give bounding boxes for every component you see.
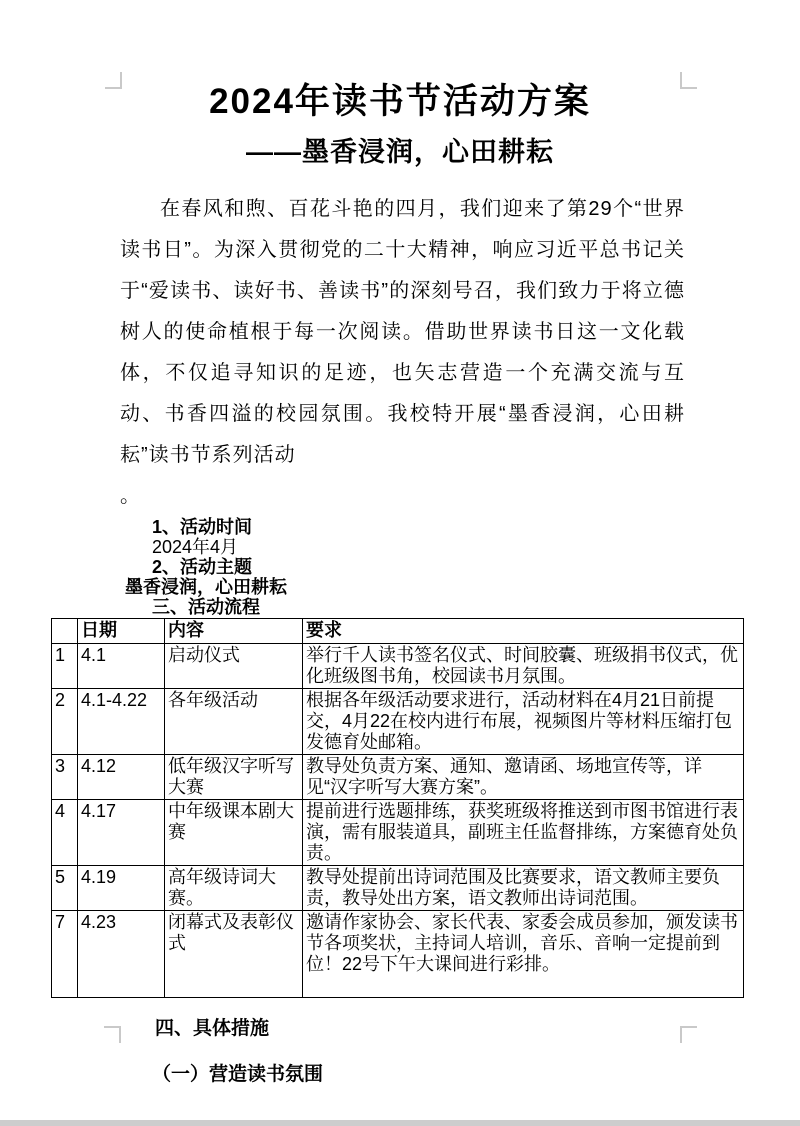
- cell-content: 低年级汉字听写大赛: [165, 754, 303, 799]
- table-row: 3 4.12 低年级汉字听写大赛 教导处负责方案、通知、邀请函、场地宣传等，详见…: [52, 754, 744, 799]
- cell-number: 1: [52, 643, 78, 688]
- cell-requirement: 教导处负责方案、通知、邀请函、场地宣传等，详见“汉字听写大赛方案”。: [303, 754, 744, 799]
- cell-number: 3: [52, 754, 78, 799]
- header-number: [52, 618, 78, 643]
- cell-number: 4: [52, 799, 78, 865]
- table-row: 5 4.19 高年级诗词大赛。 教导处提前出诗词范围及比赛要求，语文教师主要负责…: [52, 865, 744, 910]
- cell-date: 4.17: [78, 799, 165, 865]
- cell-content: 闭幕式及表彰仪式: [165, 910, 303, 997]
- heading-activity-time: 1、活动时间: [152, 517, 800, 537]
- activity-time-value: 2024年4月: [152, 537, 800, 557]
- heading-specific-measures: 四、具体措施: [155, 1018, 800, 1040]
- cell-content: 启动仪式: [165, 643, 303, 688]
- table-row: 2 4.1-4.22 各年级活动 根据各年级活动要求进行，活动材料在4月21日前…: [52, 688, 744, 754]
- heading-activity-flow: 三、活动流程: [152, 597, 800, 617]
- crop-mark-top-left-icon: [105, 72, 122, 89]
- page-bottom-edge: [0, 1120, 800, 1126]
- cell-date: 4.12: [78, 754, 165, 799]
- cell-number: 2: [52, 688, 78, 754]
- cell-requirement: 提前进行选题排练，获奖班级将推送到市图书馆进行表演，需有服装道具，副班主任监督排…: [303, 799, 744, 865]
- cell-content: 高年级诗词大赛。: [165, 865, 303, 910]
- heading-reading-atmosphere: （一）营造读书氛围: [152, 1064, 800, 1086]
- crop-mark-bottom-right-icon: [680, 1026, 697, 1043]
- cell-date: 4.1-4.22: [78, 688, 165, 754]
- cell-requirement: 邀请作家协会、家长代表、家委会成员参加，颁发读书节各项奖状，主持词人培训，音乐、…: [303, 910, 744, 997]
- intro-trailing-period: 。: [120, 476, 800, 517]
- cell-number: 7: [52, 910, 78, 997]
- page-title: 2024年读书节活动方案: [0, 0, 800, 124]
- intro-paragraph: 在春风和煦、百花斗艳的四月，我们迎来了第29个“世界读书日”。为深入贯彻党的二十…: [120, 189, 685, 476]
- cell-requirement: 根据各年级活动要求进行，活动材料在4月21日前提交，4月22在校内进行布展，视频…: [303, 688, 744, 754]
- table-row: 4 4.17 中年级课本剧大赛 提前进行选题排练，获奖班级将推送到市图书馆进行表…: [52, 799, 744, 865]
- activity-theme-value: 墨香浸润，心田耕耘: [125, 577, 800, 597]
- cell-content: 中年级课本剧大赛: [165, 799, 303, 865]
- cell-date: 4.1: [78, 643, 165, 688]
- page-subtitle: ——墨香浸润，心田耕耘: [0, 130, 800, 169]
- table-row: 1 4.1 启动仪式 举行千人读书签名仪式、时间胶囊、班级捐书仪式，优化班级图书…: [52, 643, 744, 688]
- activity-schedule-table: 日期 内容 要求 1 4.1 启动仪式 举行千人读书签名仪式、时间胶囊、班级捐书…: [51, 618, 744, 998]
- header-requirement: 要求: [303, 618, 744, 643]
- header-date: 日期: [78, 618, 165, 643]
- table-header-row: 日期 内容 要求: [52, 618, 744, 643]
- cell-requirement: 举行千人读书签名仪式、时间胶囊、班级捐书仪式，优化班级图书角，校园读书月氛围。: [303, 643, 744, 688]
- cell-content: 各年级活动: [165, 688, 303, 754]
- crop-mark-bottom-left-icon: [104, 1026, 121, 1043]
- header-content: 内容: [165, 618, 303, 643]
- section-headings: 1、活动时间 2024年4月 2、活动主题 墨香浸润，心田耕耘 三、活动流程: [0, 517, 800, 617]
- cell-date: 4.19: [78, 865, 165, 910]
- table-row: 7 4.23 闭幕式及表彰仪式 邀请作家协会、家长代表、家委会成员参加，颁发读书…: [52, 910, 744, 997]
- document-page: 2024年读书节活动方案 ——墨香浸润，心田耕耘 在春风和煦、百花斗艳的四月，我…: [0, 0, 800, 1126]
- cell-requirement: 教导处提前出诗词范围及比赛要求，语文教师主要负责，教导处出方案，语文教师出诗词范…: [303, 865, 744, 910]
- heading-activity-theme: 2、活动主题: [152, 557, 800, 577]
- cell-date: 4.23: [78, 910, 165, 997]
- crop-mark-top-right-icon: [680, 72, 697, 89]
- cell-number: 5: [52, 865, 78, 910]
